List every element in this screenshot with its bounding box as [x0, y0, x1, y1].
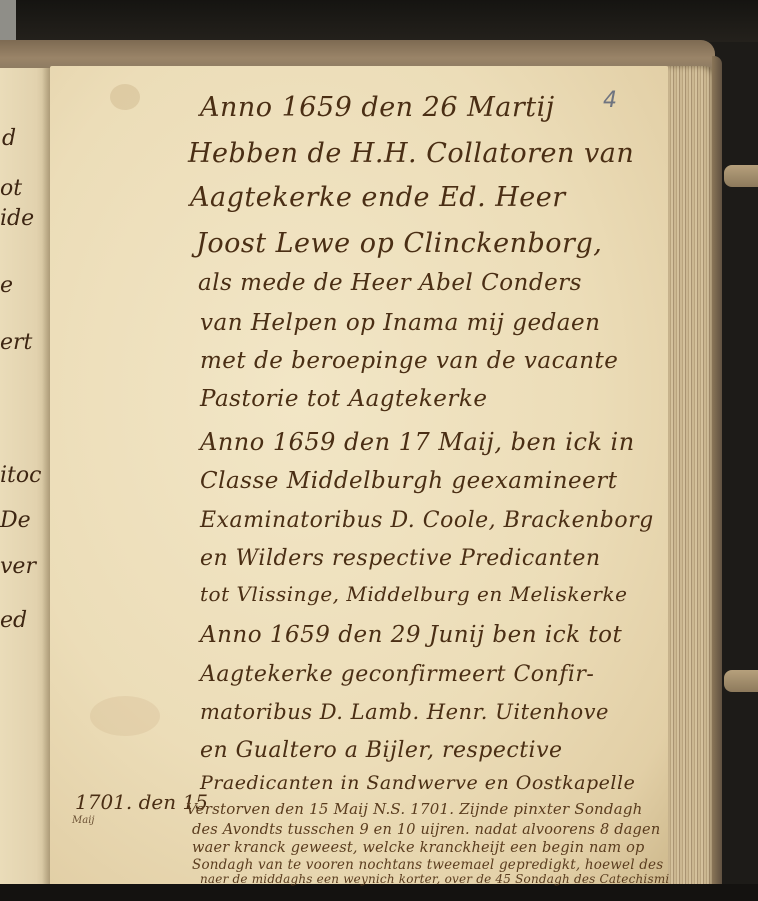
scan-background: d ot ide e ert itoc De ver ed 4 Anno 165…	[0, 0, 758, 901]
binding-tie-top	[724, 165, 758, 187]
note-line: Sondagh van te vooren nochtans tweemael …	[192, 857, 663, 873]
note-line: waer kranck geweest, welcke kranckheijt …	[192, 840, 645, 856]
entry-line: Aagtekerke geconfirmeert Confir-	[200, 662, 594, 687]
entry-line: Anno 1659 den 26 Martij	[200, 92, 555, 123]
book-cover-edge	[712, 56, 722, 892]
left-fragment-text: ed	[0, 608, 27, 633]
binding-tie-bottom	[724, 670, 758, 692]
entry-line: Aagtekerke ende Ed. Heer	[190, 182, 566, 213]
entry-line: tot Vlissinge, Middelburg en Meliskerke	[200, 582, 627, 606]
entry-line: Praedicanten in Sandwerve en Oostkapelle	[200, 772, 635, 794]
entry-line: Hebben de H.H. Collatoren van	[188, 138, 634, 169]
page-block-edge	[668, 66, 716, 892]
entry-line: en Gualtero a Bijler, respective	[200, 738, 563, 763]
entry-line: Pastorie tot Aagtekerke	[200, 386, 487, 412]
left-fragment-text: d	[2, 126, 16, 151]
page-number: 4	[603, 88, 617, 113]
margin-date-sub: Maij	[72, 815, 95, 826]
left-fragment-text: itoc	[0, 463, 41, 488]
left-fragment-text: ide	[0, 206, 34, 231]
entry-line: Anno 1659 den 17 Maij, ben ick in	[200, 428, 635, 456]
paper-stain	[90, 696, 160, 736]
left-fragment-text: e	[0, 273, 13, 298]
note-line: des Avondts tusschen 9 en 10 uijren. nad…	[192, 822, 660, 838]
note-line: Verstorven den 15 Maij N.S. 1701. Zijnde…	[186, 800, 643, 818]
entry-line: Anno 1659 den 29 Junij ben ick tot	[200, 622, 622, 648]
dark-backdrop-bottom	[0, 884, 758, 901]
left-fragment-text: ot	[0, 176, 22, 201]
entry-line: matoribus D. Lamb. Henr. Uitenhove	[200, 700, 609, 724]
entry-line: met de beroepinge van de vacante	[200, 348, 618, 374]
left-fragment-text: ver	[0, 554, 36, 579]
paper-stain	[110, 84, 140, 110]
entry-line: Examinatoribus D. Coole, Brackenborg	[200, 508, 654, 533]
entry-line: als mede de Heer Abel Conders	[198, 270, 582, 296]
left-fragment-text: ert	[0, 330, 32, 355]
left-fragment-text: De	[0, 508, 31, 533]
entry-line: Joost Lewe op Clinckenborg,	[196, 228, 602, 259]
entry-line: Classe Middelburgh geexamineert	[200, 468, 617, 494]
note-line: naer de middaghs een weynich korter, ove…	[200, 872, 669, 886]
dark-backdrop-top	[0, 0, 758, 42]
entry-line: van Helpen op Inama mij gedaen	[200, 310, 600, 336]
entry-line: en Wilders respective Predicanten	[200, 546, 601, 571]
